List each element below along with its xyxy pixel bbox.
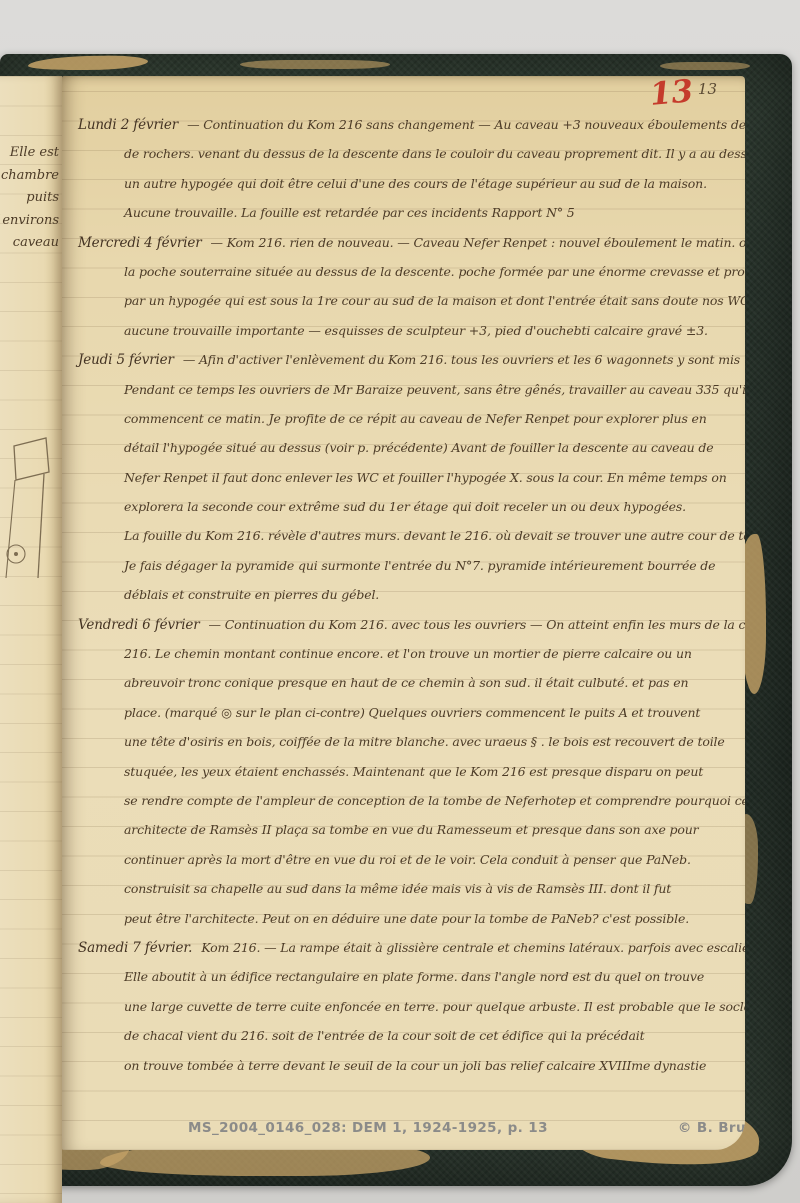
entry-line: de chacal vient du 216. soit de l'entrée… bbox=[78, 1021, 741, 1050]
entry-line: Je fais dégager la pyramide qui surmonte… bbox=[78, 551, 741, 580]
entry-line: architecte de Ramsès II plaça sa tombe e… bbox=[78, 815, 741, 844]
journal-entry: Vendredi 6 février— Continuation du Kom … bbox=[78, 610, 741, 933]
margin-text-fragments: Elle est chambre puits of environs cavea… bbox=[0, 142, 59, 255]
entry-line-text: Kom 216. — La rampe était à glissière ce… bbox=[201, 940, 745, 955]
journal-text: Lundi 2 février— Continuation du Kom 216… bbox=[78, 110, 741, 1080]
journal-entry: Mercredi 4 février— Kom 216. rien de nou… bbox=[78, 228, 741, 346]
entry-line: Vendredi 6 février— Continuation du Kom … bbox=[78, 610, 741, 639]
entry-date: Lundi 2 février bbox=[78, 117, 178, 133]
cover-wear-patch bbox=[660, 62, 750, 70]
entry-line: aucune trouvaille importante — esquisses… bbox=[78, 316, 741, 345]
entry-line: Nefer Renpet il faut donc enlever les WC… bbox=[78, 463, 741, 492]
margin-fragment: puits bbox=[0, 187, 59, 210]
entry-line: place. (marqué ◎ sur le plan ci-contre) … bbox=[78, 698, 741, 727]
journal-entry: Samedi 7 février.Kom 216. — La rampe éta… bbox=[78, 933, 741, 1080]
page-number-small: 13 bbox=[698, 82, 717, 97]
archive-caption: MS_2004_0146_028: DEM 1, 1924-1925, p. 1… bbox=[62, 1120, 745, 1136]
margin-fragment: of environs bbox=[0, 210, 59, 233]
entry-line: de rochers. venant du dessus de la desce… bbox=[78, 139, 741, 168]
copyright-notice: © B. Bruyère, Ifao bbox=[678, 1120, 745, 1136]
entry-line: Aucune trouvaille. La fouille est retard… bbox=[78, 198, 741, 227]
entry-line-text: — Continuation du Kom 216 sans changemen… bbox=[187, 117, 745, 132]
page-number-red: 13 bbox=[649, 76, 695, 111]
entry-line: Mercredi 4 février— Kom 216. rien de nou… bbox=[78, 228, 741, 257]
journal-entry: Jeudi 5 février— Afin d'activer l'enlève… bbox=[78, 345, 741, 610]
entry-line: déblais et construite en pierres du gébe… bbox=[78, 580, 741, 609]
entry-line: par un hypogée qui est sous la 1re cour … bbox=[78, 286, 741, 315]
entry-line: abreuvoir tronc conique presque en haut … bbox=[78, 668, 741, 697]
entry-line: construisit sa chapelle au sud dans la m… bbox=[78, 874, 741, 903]
margin-fragment: Elle est bbox=[0, 142, 59, 165]
margin-fragment: caveau bbox=[0, 232, 59, 255]
entry-line-text: — Kom 216. rien de nouveau. — Caveau Nef… bbox=[211, 235, 745, 250]
entry-date: Jeudi 5 février bbox=[78, 352, 174, 368]
entry-line: Jeudi 5 février— Afin d'activer l'enlève… bbox=[78, 345, 741, 374]
entry-date: Samedi 7 février. bbox=[78, 940, 192, 956]
journal-entry: Lundi 2 février— Continuation du Kom 216… bbox=[78, 110, 741, 228]
entry-line: explorera la seconde cour extrême sud du… bbox=[78, 492, 741, 521]
entry-line: une large cuvette de terre cuite enfoncé… bbox=[78, 992, 741, 1021]
entry-line: continuer après la mort d'être en vue du… bbox=[78, 845, 741, 874]
entry-line: Samedi 7 février.Kom 216. — La rampe éta… bbox=[78, 933, 741, 962]
entry-line: un autre hypogée qui doit être celui d'u… bbox=[78, 169, 741, 198]
entry-line: peut être l'architecte. Peut on en dédui… bbox=[78, 904, 741, 933]
entry-line: Elle aboutit à un édifice rectangulaire … bbox=[78, 962, 741, 991]
entry-line: commencent ce matin. Je profite de ce ré… bbox=[78, 404, 741, 433]
entry-line: La fouille du Kom 216. révèle d'autres m… bbox=[78, 521, 741, 550]
facing-page-edge: Elle est chambre puits of environs cavea… bbox=[0, 76, 62, 1203]
archive-reference: MS_2004_0146_028: DEM 1, 1924-1925, p. 1… bbox=[188, 1120, 548, 1136]
entry-line: 216. Le chemin montant continue encore. … bbox=[78, 639, 741, 668]
entry-line: Pendant ce temps les ouvriers de Mr Bara… bbox=[78, 375, 741, 404]
margin-fragment: chambre bbox=[0, 165, 59, 188]
entry-line: stuquée, les yeux étaient enchassés. Mai… bbox=[78, 757, 741, 786]
entry-line: la poche souterraine située au dessus de… bbox=[78, 257, 741, 286]
cover-wear-patch bbox=[240, 60, 390, 69]
entry-line: Lundi 2 février— Continuation du Kom 216… bbox=[78, 110, 741, 139]
entry-date: Vendredi 6 février bbox=[78, 617, 200, 633]
entry-line: détail l'hypogée situé au dessus (voir p… bbox=[78, 433, 741, 462]
cover-wear-patch bbox=[28, 55, 148, 71]
entry-line: se rendre compte de l'ampleur de concept… bbox=[78, 786, 741, 815]
entry-line: une tête d'osiris en bois, coiffée de la… bbox=[78, 727, 741, 756]
journal-page: 13 13 Lundi 2 février— Continuation du K… bbox=[62, 76, 745, 1150]
entry-line-text: — Afin d'activer l'enlèvement du Kom 216… bbox=[183, 352, 740, 367]
entry-line-text: — Continuation du Kom 216. avec tous les… bbox=[209, 617, 745, 632]
margin-sketch bbox=[0, 428, 62, 598]
entry-line: on trouve tombée à terre devant le seuil… bbox=[78, 1051, 741, 1080]
entry-date: Mercredi 4 février bbox=[78, 235, 202, 251]
